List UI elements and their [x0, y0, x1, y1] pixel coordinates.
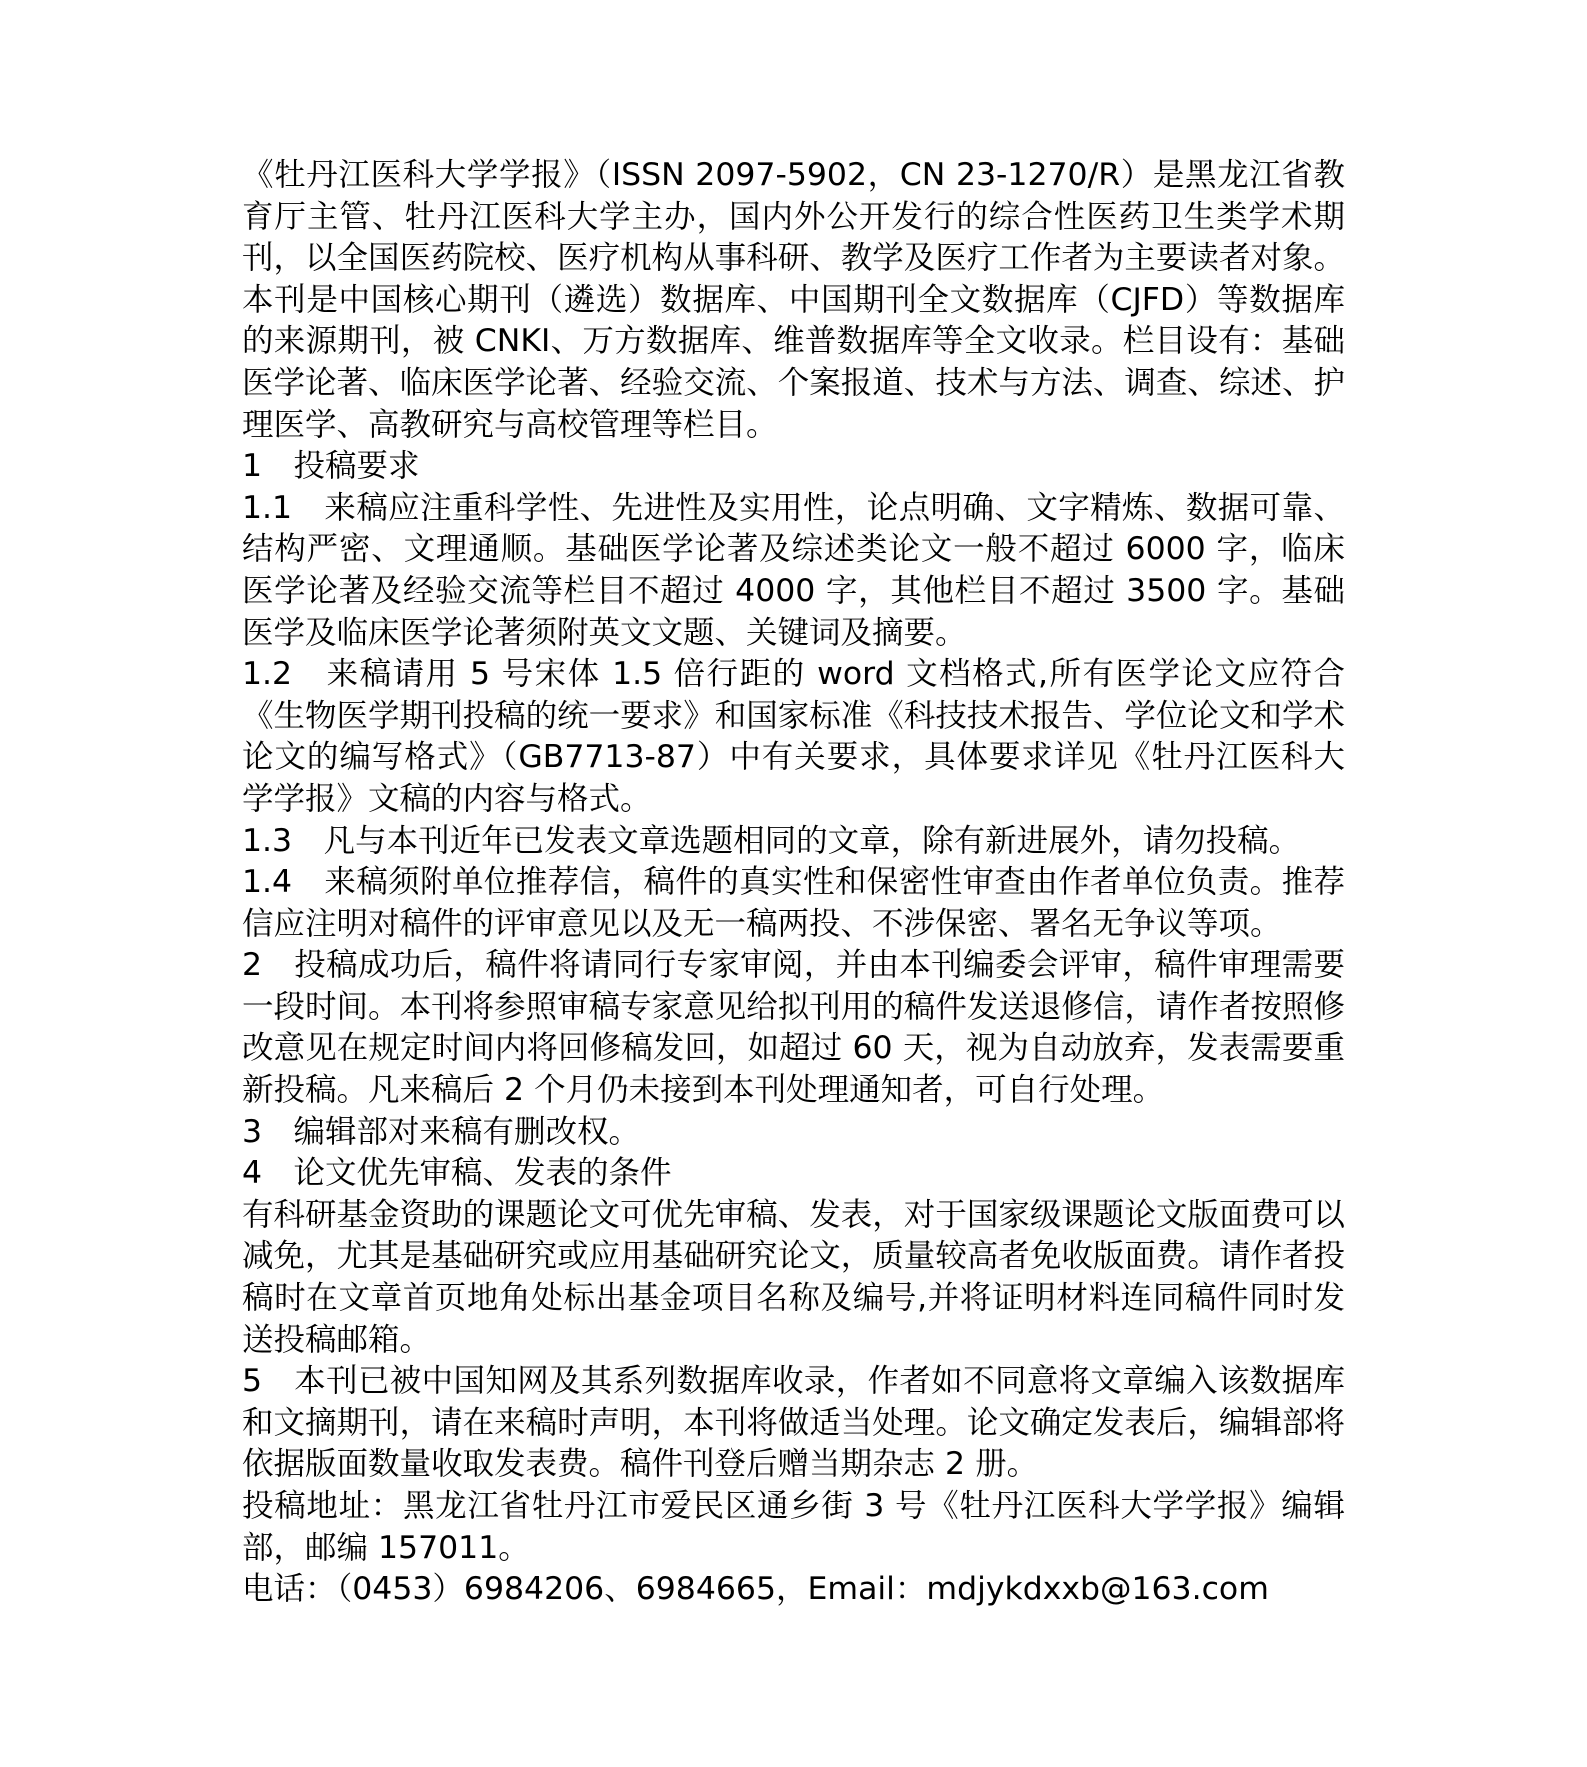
- submission-address: 投稿地址：黑龙江省牡丹江市爱民区通乡街 3 号《牡丹江医科大学学报》编辑部，邮编…: [242, 1486, 1345, 1569]
- heading-section-1: 1 投稿要求: [242, 446, 1345, 488]
- section-3-paragraph: 3 编辑部对来稿有删改权。: [242, 1112, 1345, 1154]
- clause-1-1: 1.1 来稿应注重科学性、先进性及实用性，论点明确、文字精炼、数据可靠、结构严密…: [242, 488, 1345, 654]
- heading-section-4: 4 论文优先审稿、发表的条件: [242, 1153, 1345, 1195]
- clause-1-4: 1.4 来稿须附单位推荐信，稿件的真实性和保密性审查由作者单位负责。推荐信应注明…: [242, 862, 1345, 945]
- section-4-body-paragraph: 有科研基金资助的课题论文可优先审稿、发表，对于国家级课题论文版面费可以减免，尤其…: [242, 1195, 1345, 1361]
- document-body: 《牡丹江医科大学学报》（ISSN 2097-5902，CN 23-1270/R）…: [242, 155, 1345, 1611]
- section-2-paragraph: 2 投稿成功后，稿件将请同行专家审阅，并由本刊编委会评审，稿件审理需要一段时间。…: [242, 945, 1345, 1111]
- clause-1-3: 1.3 凡与本刊近年已发表文章选题相同的文章，除有新进展外，请勿投稿。: [242, 821, 1345, 863]
- paragraph-journal-intro: 《牡丹江医科大学学报》（ISSN 2097-5902，CN 23-1270/R）…: [242, 155, 1345, 446]
- section-5-paragraph: 5 本刊已被中国知网及其系列数据库收录，作者如不同意将文章编入该数据库和文摘期刊…: [242, 1361, 1345, 1486]
- contact-phone-email: 电话：（0453）6984206、6984665，Email：mdjykdxxb…: [242, 1569, 1345, 1611]
- document-page: 《牡丹江医科大学学报》（ISSN 2097-5902，CN 23-1270/R）…: [0, 0, 1587, 1767]
- clause-1-2: 1.2 来稿请用 5 号宋体 1.5 倍行距的 word 文档格式,所有医学论文…: [242, 654, 1345, 820]
